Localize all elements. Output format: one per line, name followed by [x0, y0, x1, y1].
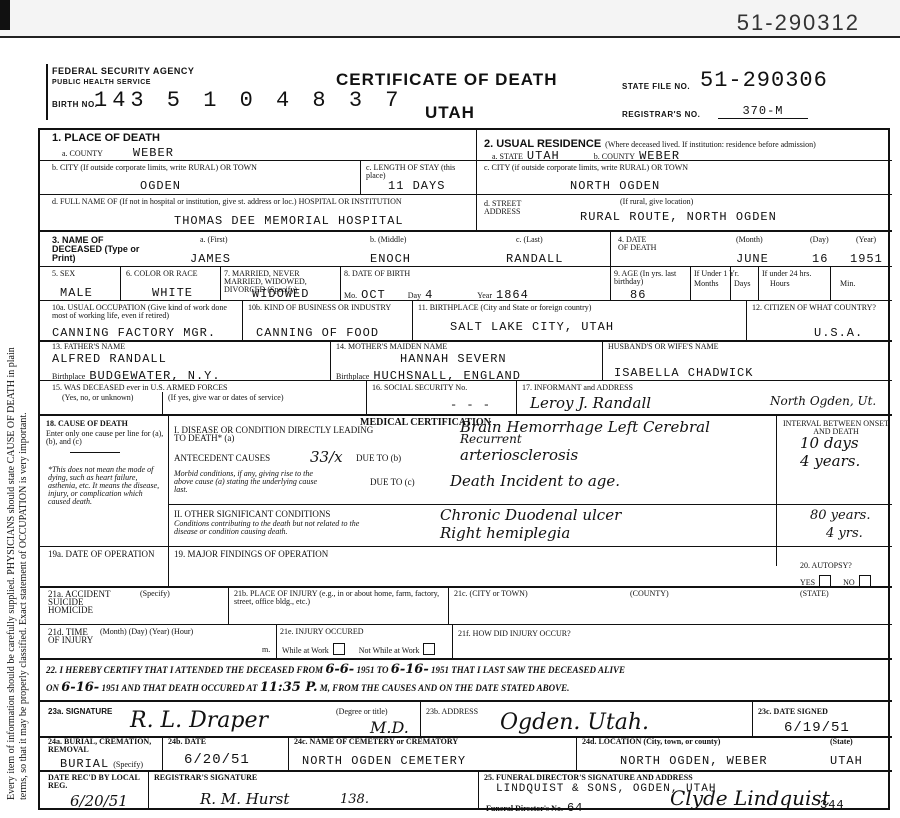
antecedent-code: 33/x	[310, 448, 343, 466]
interval-a: 10 days	[800, 434, 859, 452]
days-label: Days	[734, 280, 750, 288]
date-received: 6/20/51	[70, 792, 128, 810]
degree-label: (Degree or title)	[336, 708, 388, 716]
county-label: a. COUNTY	[62, 149, 103, 158]
ssn: - - -	[450, 398, 491, 412]
divider	[40, 194, 892, 195]
agency-line1: FEDERAL SECURITY AGENCY	[52, 66, 194, 76]
burial-label: 24a. BURIAL, CREMATION, REMOVAL	[48, 738, 158, 754]
birthplace-label: 11. BIRTHPLACE (City and State or foreig…	[418, 304, 738, 312]
res-city: NORTH OGDEN	[570, 179, 660, 193]
morbid-note: Morbid conditions, if any, giving rise t…	[174, 470, 324, 494]
dob-month: OCT	[361, 288, 386, 302]
divider	[340, 266, 341, 300]
armed-forces-sub: (Yes, no, or unknown)	[62, 394, 133, 402]
antecedent-label: ANTECEDENT CAUSES	[174, 454, 270, 462]
on-year: 1951	[101, 683, 119, 693]
place-of-death-label: 1. PLACE OF DEATH	[52, 134, 174, 143]
last-seen-date: 6-16-	[61, 680, 99, 695]
interval-b: 4 years.	[800, 452, 860, 470]
side-line2: terms, so that it may be properly classi…	[18, 347, 30, 800]
not-at-work-checkbox[interactable]	[423, 643, 435, 655]
age: 86	[630, 288, 646, 302]
res-street-label: d. STREET ADDRESS	[484, 200, 544, 216]
months-label: Months	[694, 280, 718, 288]
middle-name: ENOCH	[370, 252, 411, 266]
divider	[40, 624, 892, 625]
dob-day: 4	[425, 288, 433, 302]
burial-date-label: 24b. DATE	[168, 738, 206, 746]
mother-birthplace-label: Birthplace	[336, 372, 369, 381]
date-signed: 6/19/51	[784, 720, 850, 736]
res-street: RURAL ROUTE, NORTH OGDEN	[580, 210, 777, 224]
dod-year: 1951	[850, 252, 883, 266]
armed-forces-war: (If yes, give war or dates of service)	[168, 394, 284, 402]
divider	[168, 546, 169, 586]
registrar-sig-label: REGISTRAR'S SIGNATURE	[154, 774, 257, 782]
first-name: JAMES	[190, 252, 231, 266]
divider	[40, 266, 892, 267]
divider	[168, 504, 892, 505]
registrar-signature: R. M. Hurst	[200, 790, 289, 808]
divider	[360, 160, 361, 194]
dod-day-label: (Day)	[810, 236, 829, 244]
injury-state-label: (STATE)	[800, 590, 829, 598]
father-birthplace-label: Birthplace	[52, 372, 85, 381]
divider	[746, 300, 747, 340]
divider	[220, 266, 221, 300]
burial-state: UTAH	[830, 754, 863, 768]
agency-line2: PUBLIC HEALTH SERVICE	[52, 79, 151, 86]
divider	[452, 624, 453, 658]
cause-c: Death Incident to age.	[450, 472, 620, 490]
divider	[448, 586, 449, 624]
physician-signature: R. L. Draper	[130, 708, 268, 733]
autopsy-no-checkbox[interactable]	[859, 575, 871, 587]
signature-label: 23a. SIGNATURE	[48, 708, 112, 716]
age-label: 9. AGE (In yrs. last birthday)	[614, 270, 688, 286]
injury-occured-label: 21e. INJURY OCCURED	[280, 628, 450, 636]
cert-text3: AND THAT DEATH OCCURED AT	[121, 683, 257, 693]
res-street-note: (If rural, give location)	[620, 198, 693, 206]
divider	[276, 624, 277, 658]
father-label: 13. FATHER'S NAME	[52, 343, 125, 351]
dod-month: JUNE	[736, 252, 769, 266]
stay-label: c. LENGTH OF STAY (this place)	[366, 164, 466, 180]
accident-label: 21a. ACCIDENT SUICIDE HOMICIDE	[48, 590, 128, 614]
burial-specify: (Specify)	[113, 760, 143, 769]
burial-type: BURIAL	[60, 757, 109, 771]
divider	[610, 232, 611, 266]
res-city-label: c. CITY (if outside corporate limits, wr…	[484, 164, 784, 172]
res-county-label: b. COUNTY	[594, 152, 635, 161]
divider	[752, 702, 753, 736]
at-work-checkbox[interactable]	[333, 643, 345, 655]
under-1-label: If Under 1 Yr.	[694, 270, 764, 278]
other-conditions-label: II. OTHER SIGNIFICANT CONDITIONS	[174, 510, 330, 518]
side-line1: Every item of information should be care…	[6, 347, 18, 800]
sex-label: 5. SEX	[52, 270, 75, 278]
dod-year-label: (Year)	[856, 236, 876, 244]
on-label: ON	[46, 683, 59, 693]
mother-birthplace: HUCHSNALL, ENGLAND	[373, 369, 521, 383]
autopsy-yes-checkbox[interactable]	[819, 575, 831, 587]
cemetery-name: NORTH OGDEN CEMETERY	[302, 754, 466, 768]
min-label: Min.	[840, 280, 855, 288]
date-of-death-label: 4. DATE OF DEATH	[618, 236, 658, 252]
occupation: CANNING FACTORY MGR.	[52, 326, 216, 340]
res-state-label: a. STATE	[492, 152, 523, 161]
race-label: 6. COLOR OR RACE	[126, 270, 198, 278]
divider	[40, 586, 892, 588]
dob-mo-label: Mo.	[344, 291, 357, 300]
cert-text1: 22. I HEREBY CERTIFY THAT I ATTENDED THE…	[46, 665, 323, 675]
injury-county-label: (COUNTY)	[630, 590, 669, 598]
attended-to: 6-16-	[391, 662, 429, 677]
hospital-label: d. FULL NAME OF (If not in hospital or i…	[52, 198, 472, 206]
armed-forces-label: 15. WAS DECEASED ever in U.S. ARMED FORC…	[52, 384, 362, 392]
divider	[40, 340, 892, 342]
divider	[40, 230, 892, 232]
divider	[70, 452, 120, 453]
other-condition-2: Right hemiplegia	[440, 524, 570, 542]
cause-b: arteriosclerosis	[460, 446, 578, 464]
injury-m-label: m.	[262, 646, 270, 654]
physician-degree: M.D.	[370, 718, 409, 737]
divider	[40, 700, 892, 702]
at-work-label: While at Work	[282, 646, 329, 655]
res-state: UTAH	[527, 149, 560, 163]
autopsy-label: 20. AUTOPSY?	[800, 562, 852, 570]
accident-specify: (Specify)	[140, 590, 170, 598]
location-state-label: (State)	[830, 738, 853, 746]
other-interval-2: 4 yrs.	[826, 526, 863, 541]
father-birthplace: BUDGEWATER, N.Y.	[89, 369, 220, 383]
sex: MALE	[60, 286, 93, 300]
informant-label: 17. INFORMANT and ADDRESS	[522, 384, 633, 392]
divider	[412, 300, 413, 340]
death-city: OGDEN	[140, 179, 181, 193]
under-24-label: If under 24 hrs.	[762, 270, 892, 278]
side-instructions: Every item of information should be care…	[6, 347, 30, 800]
certificate-form: 1. PLACE OF DEATH a. COUNTY WEBER b. CIT…	[38, 128, 890, 810]
stamp-number: 51-290312	[737, 10, 860, 36]
divider	[478, 770, 479, 810]
business: CANNING OF FOOD	[256, 326, 379, 340]
divider	[330, 340, 331, 380]
to-year: 1951	[431, 665, 449, 675]
divider	[40, 658, 892, 660]
funeral-director-label: 25. FUNERAL DIRECTOR'S SIGNATURE AND ADD…	[484, 774, 693, 782]
divider	[610, 266, 611, 300]
divider	[228, 586, 229, 624]
cause-instructions: Enter only one cause per line for (a), (…	[46, 430, 164, 446]
father-name: ALFRED RANDALL	[52, 352, 167, 366]
injury-how-label: 21f. HOW DID INJURY OCCUR?	[458, 630, 571, 638]
date-signed-label: 23c. DATE SIGNED	[758, 708, 828, 716]
to-label: TO	[377, 665, 389, 675]
divider	[366, 380, 367, 414]
funeral-signature: Clyde Lindquist	[670, 786, 830, 810]
length-of-stay: 11 DAYS	[388, 179, 445, 193]
cemetery-label: 24c. NAME OF CEMETERY or CREMATORY	[294, 738, 458, 746]
attended-from: 6-6-	[325, 662, 354, 677]
birth-no-label: BIRTH NO.	[52, 100, 97, 109]
divider	[576, 736, 577, 770]
death-time: 11:35 P.	[260, 680, 318, 695]
divider	[120, 266, 121, 300]
divider	[690, 266, 691, 300]
injury-time-label: 21d. TIME OF INJURY	[48, 628, 98, 644]
spouse-name: ISABELLA CHADWICK	[614, 366, 753, 380]
date-recd-label: DATE REC'D BY LOCAL REG.	[48, 774, 148, 790]
other-conditions-note: Conditions contributing to the death but…	[174, 520, 374, 536]
dob-label: 8. DATE OF BIRTH	[344, 270, 410, 278]
deceased-name-label: 3. NAME OF DECEASED (Type or Print)	[52, 236, 142, 263]
middle-name-label: b. (Middle)	[370, 236, 406, 244]
divider	[242, 300, 243, 340]
spouse-label: HUSBAND'S OR WIFE'S NAME	[608, 343, 719, 351]
divider	[420, 702, 421, 736]
scan-corner-mark	[0, 0, 10, 30]
injury-time-cols: (Month) (Day) (Year) (Hour)	[100, 628, 193, 636]
divider	[516, 380, 517, 414]
cause-note: *This does not mean the mode of dying, s…	[48, 466, 164, 506]
res-county: WEBER	[639, 149, 680, 163]
divider	[168, 416, 169, 546]
burial-date: 6/20/51	[184, 752, 250, 768]
hospital-name: THOMAS DEE MEMORIAL HOSPITAL	[174, 214, 404, 228]
due-c-label: DUE TO (c)	[370, 478, 415, 486]
citizen-label: 12. CITIZEN OF WHAT COUNTRY?	[752, 304, 892, 312]
first-name-label: a. (First)	[200, 236, 228, 244]
op-date-label: 19a. DATE OF OPERATION	[48, 550, 162, 558]
embalmer-no: 344	[820, 798, 845, 812]
mother-name: HANNAH SEVERN	[400, 352, 507, 366]
divider	[602, 340, 603, 380]
state-file-label: STATE FILE NO.	[622, 82, 690, 91]
informant-address: North Ogden, Ut.	[770, 394, 876, 408]
birth-no-value: 143 5 1 0 4 8 3 7	[94, 88, 403, 113]
divider	[148, 770, 149, 810]
last-name: RANDALL	[506, 252, 563, 266]
dob-year: 1864	[496, 288, 529, 302]
citizen: U.S.A.	[814, 326, 863, 340]
dob-year-label: Year	[477, 291, 492, 300]
city-label: b. CITY (If outside corporate limits, wr…	[52, 164, 342, 172]
divider	[776, 416, 777, 566]
certificate-state: UTAH	[425, 103, 475, 123]
dod-day: 16	[812, 252, 828, 266]
dod-month-label: (Month)	[736, 236, 763, 244]
not-at-work-label: Not While at Work	[359, 646, 420, 655]
registrar-number: 138.	[340, 792, 369, 807]
burial-location: NORTH OGDEN, WEBER	[620, 754, 768, 768]
divider	[162, 736, 163, 770]
funeral-no: 64	[567, 801, 583, 815]
registrar-label: REGISTRAR'S NO.	[622, 110, 700, 119]
autopsy-yes-label: YES	[800, 578, 815, 587]
injury-place-label: 21b. PLACE OF INJURY (e.g., in or about …	[234, 590, 444, 606]
other-condition-1: Chronic Duodenal ulcer	[440, 506, 621, 524]
race: WHITE	[152, 286, 193, 300]
location-label: 24d. LOCATION (City, town, or county)	[582, 738, 720, 746]
due-b-label: DUE TO (b)	[356, 454, 401, 462]
disease-label: I. DISEASE OR CONDITION DIRECTLY LEADING…	[174, 426, 374, 442]
ssn-label: 16. SOCIAL SECURITY No.	[372, 384, 512, 392]
divider	[40, 770, 892, 772]
marital-status: WIDOWED	[252, 287, 309, 301]
divider	[162, 392, 163, 414]
cert-text4: M, FROM THE CAUSES AND ON THE DATE STATE…	[320, 683, 570, 693]
cert-text2: THAT I LAST SAW THE DECEASED ALIVE	[451, 665, 625, 675]
informant-name: Leroy J. Randall	[530, 394, 651, 412]
occupation-label: 10a. USUAL OCCUPATION (Give kind of work…	[52, 304, 238, 320]
business-label: 10b. KIND OF BUSINESS OR INDUSTRY	[248, 304, 408, 312]
address-label: 23b. ADDRESS	[426, 708, 478, 716]
dob-day-label: Day	[408, 291, 421, 300]
state-file-value: 51-290306	[700, 68, 828, 93]
op-findings-label: 19. MAJOR FINDINGS OF OPERATION	[174, 550, 328, 558]
certificate-title: CERTIFICATE OF DEATH	[336, 70, 557, 90]
death-county: WEBER	[133, 146, 174, 160]
last-name-label: c. (Last)	[516, 236, 543, 244]
cause-a-2: Recurrent	[460, 432, 522, 446]
divider	[288, 736, 289, 770]
header-rule	[46, 64, 48, 120]
autopsy-no-label: NO	[843, 578, 855, 587]
mother-label: 14. MOTHER'S MAIDEN NAME	[336, 343, 447, 351]
registrar-value: 370-M	[718, 104, 808, 119]
birthplace: SALT LAKE CITY, UTAH	[450, 320, 614, 334]
divider	[476, 130, 477, 230]
cause-label: 18. CAUSE OF DEATH	[46, 420, 128, 428]
hours-label: Hours	[770, 280, 790, 288]
from-year: 1951	[356, 665, 374, 675]
physician-address: Ogden. Utah.	[500, 710, 649, 735]
injury-city-label: 21c. (CITY or TOWN)	[454, 590, 528, 598]
funeral-no-label: Funeral Director's No.	[486, 804, 563, 813]
other-interval-1: 80 years.	[810, 508, 870, 523]
